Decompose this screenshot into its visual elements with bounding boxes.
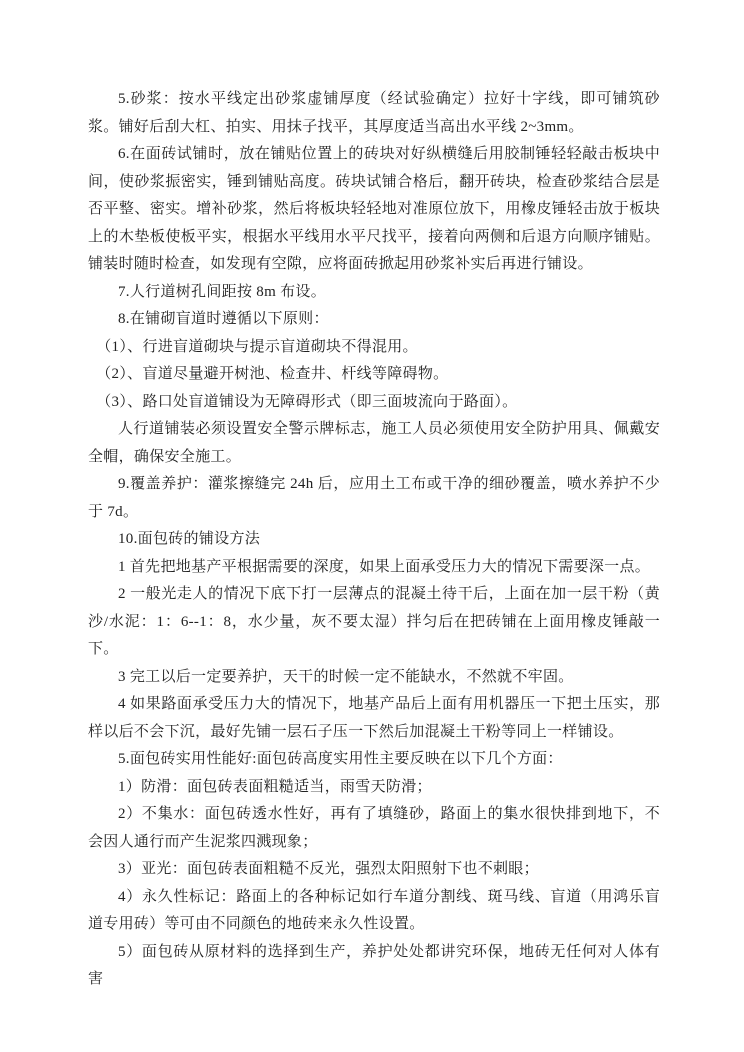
paragraph-tactile-paving-rules: 8.在铺砌盲道时遵循以下原则： xyxy=(88,306,660,334)
paragraph-trial-tiling: 6.在面砖试铺时，放在铺贴位置上的砖块对好纵横缝后用胶制锤轻轻敲击板块中间，使砂… xyxy=(88,141,660,279)
paragraph-step-1-foundation: 1 首先把地基产平根据需要的深度，如果上面承受压力大的情况下需要深一点。 xyxy=(88,554,660,582)
paragraph-rule-2: （2）、盲道尽量避开树池、检查井、杆线等障碍物。 xyxy=(88,361,660,389)
paragraph-step-3-curing: 3 完工以后一定要养护，天干的时候一定不能缺水，不然就不牢固。 xyxy=(88,664,660,692)
paragraph-feature-4-markings: 4）永久性标记：路面上的各种标记如行车道分割线、斑马线、盲道（用鸿乐盲道专用砖）… xyxy=(88,884,660,939)
paragraph-tree-pit-spacing: 7.人行道树孔间距按 8m 布设。 xyxy=(88,279,660,307)
paragraph-mortar-leveling: 5.砂浆：按水平线定出砂浆虚铺厚度（经试验确定）拉好十字线，即可铺筑砂浆。铺好后… xyxy=(88,86,660,141)
paragraph-bread-brick-heading: 10.面包砖的铺设方法 xyxy=(88,526,660,554)
paragraph-rule-1: （1）、行进盲道砌块与提示盲道砌块不得混用。 xyxy=(88,334,660,362)
paragraph-rule-3: （3）、路口处盲道铺设为无障碍形式（即三面坡流向于路面）。 xyxy=(88,389,660,417)
paragraph-feature-3-matte: 3）亚光：面包砖表面粗糙不反光，强烈太阳照射下也不刺眼； xyxy=(88,856,660,884)
paragraph-curing-cover: 9.覆盖养护：灌浆擦缝完 24h 后，应用土工布或干净的细砂覆盖，喷水养护不少于… xyxy=(88,471,660,526)
paragraph-feature-2-drainage: 2）不集水：面包砖透水性好，再有了填缝砂，路面上的集水很快排到地下，不会因人通行… xyxy=(88,801,660,856)
paragraph-feature-1-antislip: 1）防滑：面包砖表面粗糙适当，雨雪天防滑； xyxy=(88,774,660,802)
paragraph-step-2-dry-powder: 2 一般光走人的情况下底下打一层薄点的混凝土待干后，上面在加一层干粉（黄沙/水泥… xyxy=(88,581,660,664)
paragraph-safety-signage: 人行道铺装必须设置安全警示牌标志，施工人员必须使用安全防护用具、佩戴安全帽，确保… xyxy=(88,416,660,471)
paragraph-step-4-compaction: 4 如果路面承受压力大的情况下，地基产品后上面有用机器压一下把土压实，那样以后不… xyxy=(88,691,660,746)
paragraph-practicality-heading: 5.面包砖实用性能好:面包砖高度实用性主要反映在以下几个方面： xyxy=(88,746,660,774)
paragraph-feature-5-eco: 5）面包砖从原材料的选择到生产，养护处处都讲究环保，地砖无任何对人体有害 xyxy=(88,939,660,994)
document-body: 5.砂浆：按水平线定出砂浆虚铺厚度（经试验确定）拉好十字线，即可铺筑砂浆。铺好后… xyxy=(88,86,660,994)
document-page: 5.砂浆：按水平线定出砂浆虚铺厚度（经试验确定）拉好十字线，即可铺筑砂浆。铺好后… xyxy=(0,0,744,1052)
